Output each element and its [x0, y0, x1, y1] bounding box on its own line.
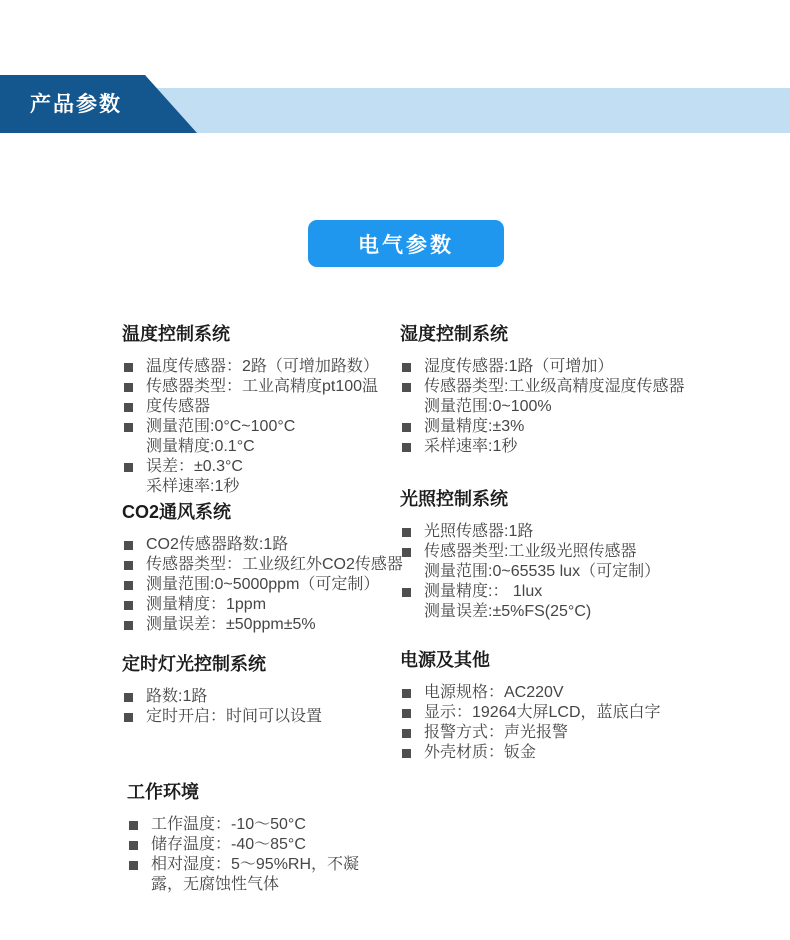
spec-text: 测量范围:0~100%	[424, 397, 552, 417]
section-title-temperature: 温度控制系统	[122, 320, 422, 346]
spec-item: 度传感器	[122, 397, 422, 417]
spec-list-environment: 工作温度：-10～50°C储存温度：-40～85°C相对湿度：5～95%RH，不…	[127, 815, 437, 895]
spec-item: 测量误差：±50ppm±5%	[122, 615, 432, 635]
section-timed-lighting: 定时灯光控制系统 路数:1路定时开启：时间可以设置	[122, 650, 422, 727]
square-bullet	[402, 749, 411, 758]
square-bullet	[402, 588, 411, 597]
section-light-control: 光照控制系统 光照传感器:1路传感器类型:工业级光照传感器测量范围:0~6553…	[400, 485, 730, 622]
spec-text: 测量精度:±3%	[424, 417, 524, 437]
spec-list-temperature: 温度传感器：2路（可增加路数）传感器类型：工业高精度pt100温度传感器测量范围…	[122, 357, 422, 497]
spec-text: 测量精度：1ppm	[146, 595, 266, 615]
section-title-light: 光照控制系统	[400, 485, 730, 511]
spec-item: 测量范围:0~5000ppm（可定制）	[122, 575, 432, 595]
section-title-timer: 定时灯光控制系统	[122, 650, 422, 676]
square-bullet	[124, 561, 133, 570]
square-bullet	[124, 363, 133, 372]
square-bullet	[129, 821, 138, 830]
square-bullet	[129, 841, 138, 850]
spec-item: 电源规格：AC220V	[400, 683, 730, 703]
spec-text: 采样速率:1秒	[146, 477, 239, 497]
spec-text: 测量误差:±5%FS(25°C)	[424, 602, 591, 622]
square-bullet	[402, 729, 411, 738]
spec-item: 传感器类型:工业级高精度湿度传感器	[400, 377, 730, 397]
square-bullet	[129, 861, 138, 870]
spec-item: 温度传感器：2路（可增加路数）	[122, 357, 422, 377]
product-parameters-page: 产品参数 电气参数 温度控制系统 温度传感器：2路（可增加路数）传感器类型：工业…	[0, 0, 790, 940]
spec-text: 露，无腐蚀性气体	[151, 875, 279, 895]
spec-item: 测量误差:±5%FS(25°C)	[400, 602, 730, 622]
spec-item: 测量范围:0~65535 lux（可定制）	[400, 562, 730, 582]
spec-text: 测量范围:0°C~100°C	[146, 417, 295, 437]
section-co2-ventilation: CO2通风系统 CO2传感器路数:1路传感器类型：工业级红外CO2传感器测量范围…	[122, 498, 432, 635]
spec-text: 传感器类型:工业级光照传感器	[424, 542, 636, 562]
spec-item: 相对湿度：5～95%RH，不凝	[127, 855, 437, 875]
section-humidity-control: 湿度控制系统 湿度传感器:1路（可增加）传感器类型:工业级高精度湿度传感器测量范…	[400, 320, 730, 457]
spec-item: 测量精度:±3%	[400, 417, 730, 437]
spec-item: 报警方式：声光报警	[400, 723, 730, 743]
spec-text: 度传感器	[146, 397, 210, 417]
spec-text: 工作温度：-10～50°C	[151, 815, 306, 835]
spec-text: 测量精度:： 1lux	[424, 582, 542, 602]
spec-list-power: 电源规格：AC220V显示：19264大屏LCD，蓝底白字报警方式：声光报警外壳…	[400, 683, 730, 763]
spec-text: 光照传感器:1路	[424, 522, 533, 542]
spec-item: 传感器类型:工业级光照传感器	[400, 542, 730, 562]
square-bullet	[124, 581, 133, 590]
spec-item: 路数:1路	[122, 687, 422, 707]
square-bullet	[124, 403, 133, 412]
spec-item: 储存温度：-40～85°C	[127, 835, 437, 855]
spec-item: 传感器类型：工业高精度pt100温	[122, 377, 422, 397]
square-bullet	[402, 443, 411, 452]
square-bullet	[402, 689, 411, 698]
spec-text: 湿度传感器:1路（可增加）	[424, 357, 613, 377]
square-bullet	[124, 713, 133, 722]
square-bullet	[402, 709, 411, 718]
spec-item: CO2传感器路数:1路	[122, 535, 432, 555]
spec-list-timer: 路数:1路定时开启：时间可以设置	[122, 687, 422, 727]
spec-text: 外壳材质：钣金	[424, 743, 536, 763]
spec-text: 传感器类型:工业级高精度湿度传感器	[424, 377, 684, 397]
square-bullet	[402, 528, 411, 537]
square-bullet	[402, 383, 411, 392]
spec-item: 光照传感器:1路	[400, 522, 730, 542]
spec-item: 采样速率:1秒	[400, 437, 730, 457]
spec-item: 测量精度：1ppm	[122, 595, 432, 615]
spec-text: 测量精度:0.1°C	[146, 437, 255, 457]
electrical-params-button[interactable]: 电气参数	[308, 220, 504, 267]
spec-item: 工作温度：-10～50°C	[127, 815, 437, 835]
section-temperature-control: 温度控制系统 温度传感器：2路（可增加路数）传感器类型：工业高精度pt100温度…	[122, 320, 422, 497]
spec-text: 传感器类型：工业高精度pt100温	[146, 377, 378, 397]
spec-item: 测量范围:0~100%	[400, 397, 730, 417]
square-bullet	[124, 383, 133, 392]
spec-text: 定时开启：时间可以设置	[146, 707, 322, 727]
spec-item: 误差：±0.3°C	[122, 457, 422, 477]
square-bullet	[124, 693, 133, 702]
spec-text: 报警方式：声光报警	[424, 723, 568, 743]
square-bullet	[124, 541, 133, 550]
spec-item: 湿度传感器:1路（可增加）	[400, 357, 730, 377]
section-title-humidity: 湿度控制系统	[400, 320, 730, 346]
spec-item: 测量精度:： 1lux	[400, 582, 730, 602]
spec-text: 电源规格：AC220V	[424, 683, 564, 703]
square-bullet	[402, 363, 411, 372]
section-working-environment: 工作环境 工作温度：-10～50°C储存温度：-40～85°C相对湿度：5～95…	[127, 778, 437, 895]
section-title-environment: 工作环境	[127, 778, 437, 804]
section-power-other: 电源及其他 电源规格：AC220V显示：19264大屏LCD，蓝底白字报警方式：…	[400, 646, 730, 763]
spec-text: CO2传感器路数:1路	[146, 535, 288, 555]
spec-text: 传感器类型：工业级红外CO2传感器	[146, 555, 403, 575]
spec-text: 测量范围:0~65535 lux（可定制）	[424, 562, 660, 582]
spec-text: 相对湿度：5～95%RH，不凝	[151, 855, 359, 875]
spec-item: 定时开启：时间可以设置	[122, 707, 422, 727]
square-bullet	[124, 423, 133, 432]
spec-list-humidity: 湿度传感器:1路（可增加）传感器类型:工业级高精度湿度传感器测量范围:0~100…	[400, 357, 730, 457]
spec-text: 路数:1路	[146, 687, 207, 707]
spec-text: 显示：19264大屏LCD，蓝底白字	[424, 703, 661, 723]
spec-text: 测量误差：±50ppm±5%	[146, 615, 316, 635]
spec-text: 误差：±0.3°C	[146, 457, 243, 477]
spec-item: 传感器类型：工业级红外CO2传感器	[122, 555, 432, 575]
square-bullet	[124, 601, 133, 610]
spec-item: 外壳材质：钣金	[400, 743, 730, 763]
square-bullet	[124, 463, 133, 472]
spec-item: 露，无腐蚀性气体	[127, 875, 437, 895]
spec-text: 温度传感器：2路（可增加路数）	[146, 357, 379, 377]
square-bullet	[402, 548, 411, 557]
spec-item: 显示：19264大屏LCD，蓝底白字	[400, 703, 730, 723]
section-title-power: 电源及其他	[400, 646, 730, 672]
spec-text: 测量范围:0~5000ppm（可定制）	[146, 575, 379, 595]
spec-list-co2: CO2传感器路数:1路传感器类型：工业级红外CO2传感器测量范围:0~5000p…	[122, 535, 432, 635]
section-title-co2: CO2通风系统	[122, 498, 432, 524]
spec-text: 采样速率:1秒	[424, 437, 517, 457]
spec-item: 测量范围:0°C~100°C	[122, 417, 422, 437]
product-params-ribbon: 产品参数	[0, 75, 197, 133]
spec-text: 储存温度：-40～85°C	[151, 835, 306, 855]
product-params-title: 产品参数	[0, 88, 122, 120]
spec-item: 采样速率:1秒	[122, 477, 422, 497]
spec-list-light: 光照传感器:1路传感器类型:工业级光照传感器测量范围:0~65535 lux（可…	[400, 522, 730, 622]
square-bullet	[402, 423, 411, 432]
spec-item: 测量精度:0.1°C	[122, 437, 422, 457]
square-bullet	[124, 621, 133, 630]
